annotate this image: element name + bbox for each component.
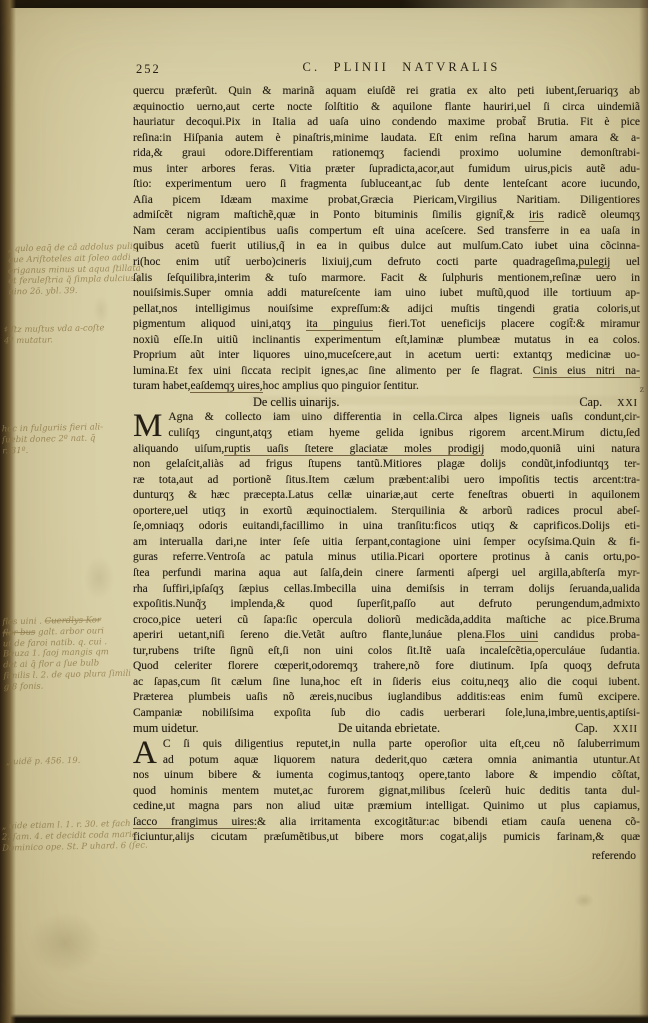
margin-note: hoc in fulguriis fieri ali-ſuebit donec …	[2, 422, 143, 457]
text-line: Præterea plumbeis uaſis nõ æreis,nucibus…	[133, 690, 640, 706]
page-header: 252 C. PLINII NATVRALIS	[133, 60, 640, 77]
text-line: rha ſuffiri,ipſaſqʒ ſæpius cellas.Imbeci…	[133, 582, 640, 598]
chapter-heading-22: mum uidetur. De uitanda ebrietate. Cap. …	[133, 721, 640, 737]
text-line: non gelaſcit,aliàs ad frigus ſtupens tan…	[133, 457, 640, 473]
text-line: ri(hoc enim utit̃ uerbo)cineris lixiuij,…	[133, 255, 640, 271]
text-line: expoſitis.Nunq̃ʒ implenda,& quod ſuperſi…	[133, 597, 640, 613]
text-line: culiſqʒ cingunt,atqʒ etiam hyeme gelida …	[168, 426, 640, 442]
text-line: am interualla dari,ne inter ſeſe uitia ſ…	[133, 535, 640, 551]
paper-stain	[93, 295, 109, 325]
text-line: turam habet,eaſdemqʒ uires,hoc amplius q…	[133, 379, 640, 395]
margin-note-line: r. 31º.	[2, 443, 142, 457]
page-edge-top	[0, 0, 648, 8]
text-line: pigmentum aliquod uini,atqʒ ita pinguius…	[133, 317, 640, 333]
text-line: croco,pice ueteri cũ ſapa:ſic opercula d…	[133, 613, 640, 629]
paragraph-pitch-and-wine: quercu præferũt. Quin & marinã aquam eiu…	[133, 84, 640, 395]
text-line: ſe,omniaqʒ odoris euitandi,facillimo in …	[133, 519, 640, 535]
paper-stain	[84, 556, 114, 600]
chapter-number-box: Cap. XXII	[575, 721, 638, 738]
text-line: admiſcẽt nigram maſtichẽ,quæ in Ponto bi…	[133, 208, 640, 224]
chapter-heading-21: De cellis uinarijs. Cap. XXI	[133, 395, 640, 411]
cap-label: Cap.	[579, 395, 602, 411]
text-line: ſacco frangimus uires:& alia irritamenta…	[133, 815, 640, 831]
text-column: quercu præferũt. Quin & marinã aquam eiu…	[133, 84, 640, 865]
text-line: dunturqʒ & hæc præcepta.Latus cellæ uina…	[133, 488, 640, 504]
text-line: Nam ceram accipientibus uaſis compertum …	[133, 224, 640, 240]
text-line: hauriatur decoqui.Pix in Italia ad uaſa …	[133, 115, 640, 131]
text-line: quibus acetũ fuerit utilius,q̃ in ea in …	[133, 239, 640, 255]
margin-note-line: „ uidẽ p. 456. 19.	[6, 755, 138, 769]
margin-note: „ qulo eaq̃ de cã addolus puligiusque Ar…	[7, 242, 140, 299]
text-line: quod hominis mentem mutet,ac furorem gig…	[133, 784, 640, 800]
paragraph-wine-cellars: M Agna & collecto iam uino differentia i…	[133, 410, 640, 721]
catchword-row: referendo	[133, 847, 640, 865]
text-line: lumina.Et fex uini ſiccata recipit ignes…	[133, 364, 640, 380]
text-line: Agna & collecto iam uino differentia in …	[168, 410, 640, 426]
text-line: Campaniæ nobiliſsima expoſita ſub dio ca…	[133, 706, 640, 722]
text-line: ad potum aquæ liquorem natura dederit,qu…	[163, 753, 640, 769]
text-line: quercu præferũt. Quin & marinã aquam eiu…	[133, 84, 640, 100]
text-line: ficiuntur,alijs cicutam præſumẽtibus,ut …	[133, 830, 640, 846]
chapter-title: De cellis uinarijs.	[253, 395, 339, 411]
text-line: ſalis ſeſquilibra,interim & tuſo marmore…	[133, 271, 640, 287]
margin-note: flos uini . Cuerdlys Korflor bus galt. a…	[2, 615, 136, 693]
text-line: C ſi quis diligentius reputet,in nulla p…	[163, 737, 640, 753]
text-line: Proprium aũt inter liquores uino,muceſce…	[133, 348, 640, 364]
paragraph-avoiding-drunkenness: A C ſi quis diligentius reputet,in nulla…	[133, 737, 640, 846]
text-line: Aſia picem Idæam maxime probat,Græcia Pi…	[133, 193, 640, 209]
text-line: guras referre.Ventroſa ac patula minus u…	[133, 550, 640, 566]
book-page-scan: 252 C. PLINII NATVRALIS quercu præferũt.…	[0, 0, 648, 1023]
text-line: oportere,uel utiqʒ in exortũ æquinoctial…	[133, 504, 640, 520]
right-margin-mark: z	[640, 385, 644, 394]
margin-note-line: 4º mutatur.	[4, 333, 136, 347]
text-line: ſtio: experimentum uero ſi fragmenta ſub…	[133, 177, 640, 193]
margin-note: ♯ ſtz muſtus vda a-coſte4º mutatur.	[4, 323, 136, 347]
text-line: Quod celeriter florere cœperit,odoremqʒ …	[133, 659, 640, 675]
catchword: referendo	[592, 850, 636, 862]
margin-note-line: uino 2õ. ybl. 39.	[8, 285, 140, 299]
text-line: reſina:in Hiſpania autem è pinaſtris,min…	[133, 131, 640, 147]
margin-note: „ uide etiam l. 1. r. 30. et fach2. ſam.…	[2, 818, 158, 854]
text-line: mus inter arbores feras. Vitia præter ſu…	[133, 162, 640, 178]
text-line: ſtea perfundi marina aqua aut ſalſa,dein…	[133, 566, 640, 582]
text-line: nos uinum bibere & iumenta cogimus,tanto…	[133, 768, 640, 784]
page-edge-right	[639, 0, 648, 1023]
chapter-title: De uitanda ebrietate.	[338, 721, 440, 737]
cap-label: Cap.	[575, 721, 598, 737]
text-line: aperiri uetant,niſi ſereno die.Vetãt auſ…	[133, 628, 640, 644]
text-line: tur,rubens triſte ſignũ eſt,ſi non uini …	[133, 644, 640, 660]
running-header: C. PLINII NATVRALIS	[148, 60, 648, 75]
text-line: noxiũ eſſe.In uitiũ inclinantis experime…	[133, 333, 640, 349]
text-line: cedine,ut magna pars non aliud uitæ præm…	[133, 799, 640, 815]
text-line: rida,& graui odore.Differentiam rationem…	[133, 146, 640, 162]
cap-number: XXI	[617, 396, 638, 412]
paper-stain	[28, 912, 102, 974]
text-line: pellat,nos intelligimus nouiſsime expreſ…	[133, 302, 640, 318]
chapter-number-box: Cap. XXI	[579, 395, 638, 412]
text-line: ac ſapas,cum ſit cælum ſine luna,hoc eſt…	[133, 675, 640, 691]
text-line: aliquando uiſum,ruptis uaſis ſtetere gla…	[133, 442, 640, 458]
text-line: æquinoctio uerno,aut certe nocte ſolſtit…	[133, 100, 640, 116]
text-line: ræ tota,aut ad portionẽ ſitus.Item cælum…	[133, 473, 640, 489]
book-binding-edge	[0, 0, 16, 1023]
paragraph-end-fragment: mum uidetur.	[133, 721, 199, 737]
text-line: nouiſsimis.Super omnia addi matureſcente…	[133, 286, 640, 302]
cap-number: XXII	[613, 722, 638, 738]
page-edge-bottom	[0, 1014, 648, 1023]
margin-note-line: g 8 fonis.	[4, 679, 136, 693]
margin-note: „ uidẽ p. 456. 19.	[6, 755, 138, 769]
paper-stain	[574, 893, 594, 908]
